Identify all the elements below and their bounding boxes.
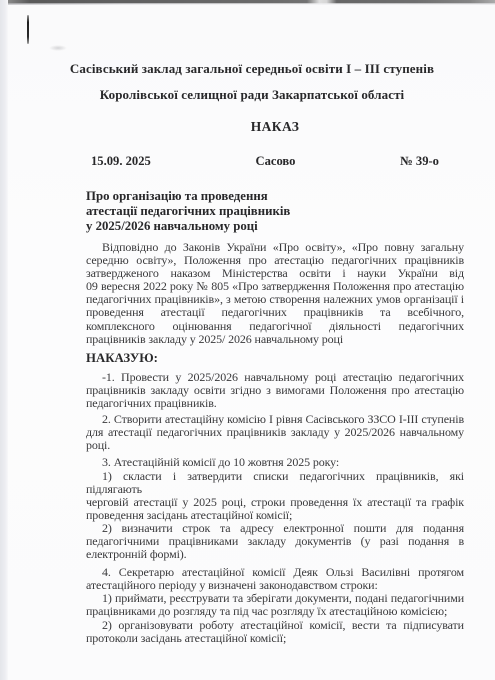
doc-subject: Про організацію та проведенняатестації п… — [86, 189, 464, 235]
scan-smudge-artifact — [49, 45, 67, 51]
scan-edge-left-artifact — [0, 0, 8, 680]
text-line: Про організацію та проведення — [86, 189, 464, 204]
text-line: проведення атестації педагогічних праців… — [86, 306, 464, 319]
doc-type-title: НАКАЗ — [86, 119, 464, 135]
text-line: працівників закладу у 2025/ 2026 навчаль… — [86, 333, 464, 346]
text-line: 2) визначити строк та адресу електронної… — [86, 522, 464, 535]
text-line: проведення засідань атестаційної комісії… — [86, 509, 464, 522]
order-item-4-sub-1: 1) приймати, реєструвати та зберігати до… — [86, 592, 464, 618]
order-item-3: 3. Атестаційній комісії до 10 жовтня 202… — [86, 456, 464, 469]
text-line: педагогічних працівників. — [86, 397, 464, 410]
order-item-4-sub-2: 2) організовувати роботу атестаційної ко… — [86, 619, 464, 645]
scan-edge-top-shadow — [0, 3, 495, 5]
text-line: 1) скласти і затвердити списки педагогіч… — [86, 470, 464, 496]
organization-name: Сасівський заклад загальної середньої ос… — [40, 56, 464, 107]
text-line: році. — [86, 439, 464, 452]
scanned-document-page: Сасівський заклад загальної середньої ос… — [0, 0, 495, 680]
order-item-3-sub-1: 1) скласти і затвердити списки педагогіч… — [86, 470, 464, 522]
text-line: 3. Атестаційній комісії до 10 жовтня 202… — [86, 456, 464, 469]
preamble-paragraph: Відповідно до Законів України «Про освіт… — [86, 241, 464, 346]
scan-line-artifact — [27, 15, 29, 44]
doc-body: Відповідно до Законів України «Про освіт… — [86, 241, 464, 645]
org-name-line-1: Сасівський заклад загальної середньої ос… — [40, 56, 464, 82]
doc-place: Сасово — [255, 154, 295, 169]
text-line: 2) організовувати роботу атестаційної ко… — [86, 619, 464, 632]
text-line: для атестації педагогічних працівників з… — [86, 426, 464, 439]
text-line: черговій атестації у 2025 році, строки п… — [86, 496, 464, 509]
order-item-3-sub-2: 2) визначити строк та адресу електронної… — [86, 522, 464, 561]
doc-meta-row: 15.09. 2025 Сасово № 39-о — [86, 154, 464, 169]
text-line: -1. Провести у 2025/2026 навчальному роц… — [86, 371, 464, 384]
order-keyword: НАКАЗУЮ: — [86, 352, 464, 365]
text-line: у 2025/2026 навчальному році — [86, 219, 464, 234]
text-line: протоколи засідань атестаційної комісії; — [86, 632, 464, 645]
org-name-line-2: Королівської селищної ради Закарпатської… — [40, 82, 464, 108]
text-line: працівниками до розгляду та під час розг… — [86, 605, 464, 618]
text-line: комплексного оцінювання педагогічної дія… — [86, 320, 464, 333]
doc-number: № 39-о — [400, 154, 439, 169]
order-item-1: -1. Провести у 2025/2026 навчальному роц… — [86, 371, 464, 410]
text-line: атестації педагогічних працівників — [86, 204, 464, 219]
doc-date: 15.09. 2025 — [91, 154, 151, 169]
order-item-4: 4. Секретарю атестаційної комісії Деяк О… — [86, 566, 464, 592]
text-line: електронній формі). — [86, 548, 464, 561]
order-item-2: 2. Створити атестаційну комісію І рівня … — [86, 413, 464, 452]
